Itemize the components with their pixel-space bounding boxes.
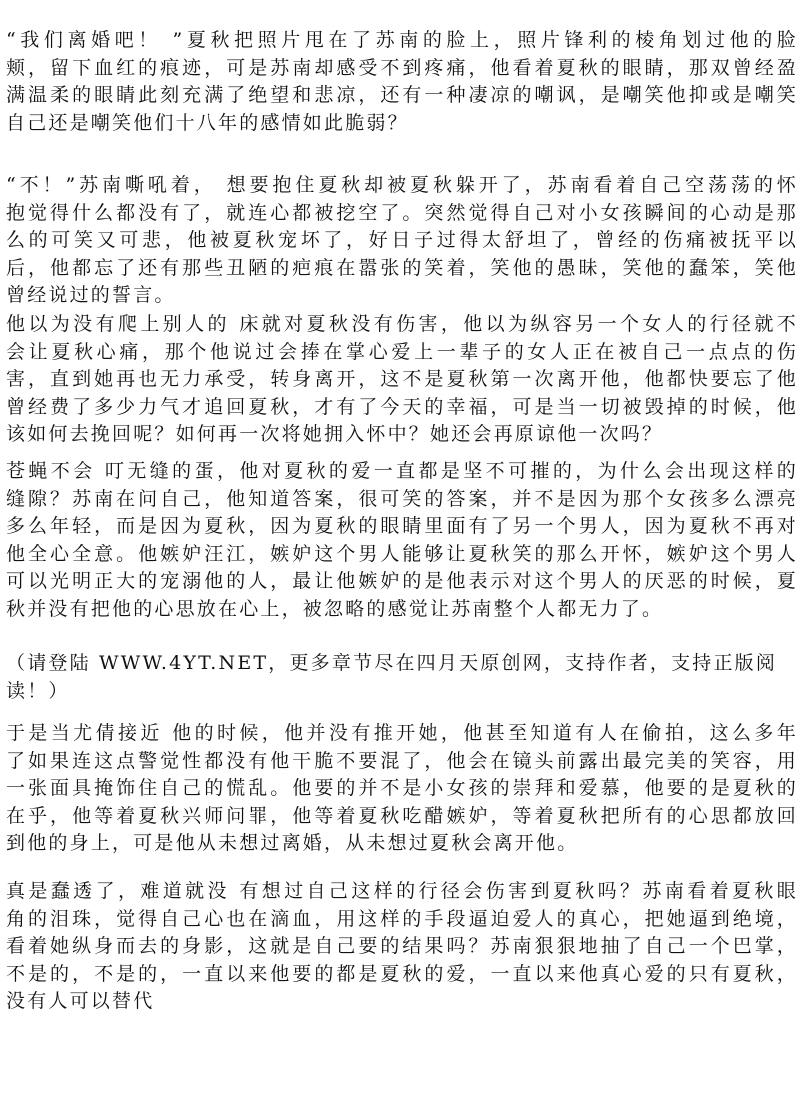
text-line: 满温柔的眼睛此刻充满了绝望和悲凉，还有一种凄凉的嘲讽，是嘲笑他抑或是嘲笑 (6, 82, 798, 110)
text-line: 一张面具掩饰住自己的慌乱。他要的并不是小女孩的崇拜和爱慕，他要的是夏秋的 (6, 775, 798, 803)
text-line: 了如果连这点警觉性都没有他干脆不要混了，他会在镜头前露出最完美的笑容，用 (6, 748, 798, 776)
text-line: 于是当尤倩接近 他的时候，他并没有推开她，他甚至知道有人在偷拍，这么多年 (6, 720, 798, 748)
text-line: 自己还是嘲笑他们十八年的感情如此脆弱？ (6, 110, 798, 138)
text-line: 在乎，他等着夏秋兴师问罪，他等着夏秋吃醋嫉妒，等着夏秋把所有的心思都放回 (6, 803, 798, 831)
paragraph-5-site-notice: （请登陆 WWW.4YT.NET，更多章节尽在四月天原创网，支持作者，支持正版阅… (6, 650, 706, 705)
text-line: 么的可笑又可悲，他被夏秋宠坏了，好日子过得太舒坦了，曾经的伤痛被抚平以 (6, 227, 798, 255)
paragraph-4: 苍蝇不会 叮无缝的蛋，他对夏秋的爱一直都是坚不可摧的，为什么会出现这样的 缝隙？… (6, 458, 798, 623)
text-line: 他全心全意。他嫉妒汪江，嫉妒这个男人能够让夏秋笑的那么开怀，嫉妒这个男人 (6, 541, 798, 569)
text-line: 后，他都忘了还有那些丑陋的疤痕在嚣张的笑着，笑他的愚昧，笑他的蠢笨，笑他 (6, 255, 798, 283)
paragraph-1: “我们离婚吧！ ”夏秋把照片甩在了苏南的脸上，照片锋利的棱角划过他的脸 颊，留下… (6, 27, 798, 137)
document-page: “我们离婚吧！ ”夏秋把照片甩在了苏南的脸上，照片锋利的棱角划过他的脸 颊，留下… (0, 0, 800, 1116)
text-line: 没有人可以替代 (6, 988, 798, 1016)
text-line: “我们离婚吧！ ”夏秋把照片甩在了苏南的脸上，照片锋利的棱角划过他的脸 (6, 27, 798, 55)
text-line: 苍蝇不会 叮无缝的蛋，他对夏秋的爱一直都是坚不可摧的，为什么会出现这样的 (6, 458, 798, 486)
text-line: 看着她纵身而去的身影，这就是自己要的结果吗？苏南狠狠地抽了自己一个巴掌， (6, 933, 798, 961)
text-line: 会让夏秋心痛，那个他说过会捧在掌心爱上一辈子的女人正在被自己一点点的伤 (6, 339, 798, 367)
paragraph-7: 真是蠢透了，难道就没 有想过自己这样的行径会伤害到夏秋吗？苏南看着夏秋眼 角的泪… (6, 878, 798, 1016)
text-line: 曾经费了多少力气才追回夏秋，才有了今天的幸福，可是当一切被毁掉的时候，他 (6, 394, 798, 422)
text-line: 抱觉得什么都没有了，就连心都被挖空了。突然觉得自己对小女孩瞬间的心动是那 (6, 200, 798, 228)
text-line: （请登陆 WWW.4YT.NET，更多章节尽在四月天原创网，支持作者，支持正版阅 (6, 650, 706, 678)
text-line: 到他的身上，可是他从未想过离婚，从未想过夏秋会离开他。 (6, 830, 798, 858)
text-line: 可以光明正大的宠溺他的人，最让他嫉妒的是他表示对这个男人的厌恶的时候，夏 (6, 568, 798, 596)
text-line: “不！”苏南嘶吼着， 想要抱住夏秋却被夏秋躲开了，苏南看着自己空荡荡的怀 (6, 172, 798, 200)
text-line: 曾经说过的誓言。 (6, 282, 798, 310)
text-line: 缝隙？苏南在问自己，他知道答案，很可笑的答案，并不是因为那个女孩多么漂亮 (6, 486, 798, 514)
text-line: 角的泪珠，觉得自己心也在滴血，用这样的手段逼迫爱人的真心，把她逼到绝境， (6, 906, 798, 934)
text-line: 不是的，不是的，一直以来他要的都是夏秋的爱，一直以来他真心爱的只有夏秋， (6, 961, 798, 989)
text-line: 多么年轻，而是因为夏秋，因为夏秋的眼睛里面有了另一个男人，因为夏秋不再对 (6, 513, 798, 541)
text-line: 真是蠢透了，难道就没 有想过自己这样的行径会伤害到夏秋吗？苏南看着夏秋眼 (6, 878, 798, 906)
text-line: 读！） (6, 678, 706, 706)
paragraph-3: 他以为没有爬上别人的 床就对夏秋没有伤害，他以为纵容另一个女人的行径就不 会让夏… (6, 311, 798, 449)
text-line: 秋并没有把他的心思放在心上，被忽略的感觉让苏南整个人都无力了。 (6, 596, 798, 624)
text-line: 该如何去挽回呢？如何再一次将她拥入怀中？她还会再原谅他一次吗？ (6, 421, 798, 449)
text-line: 颊，留下血红的痕迹，可是苏南却感受不到疼痛，他看着夏秋的眼睛，那双曾经盈 (6, 55, 798, 83)
text-line: 害，直到她再也无力承受，转身离开，这不是夏秋第一次离开他，他都快要忘了他 (6, 366, 798, 394)
text-line: 他以为没有爬上别人的 床就对夏秋没有伤害，他以为纵容另一个女人的行径就不 (6, 311, 798, 339)
paragraph-2: “不！”苏南嘶吼着， 想要抱住夏秋却被夏秋躲开了，苏南看着自己空荡荡的怀 抱觉得… (6, 172, 798, 310)
paragraph-6: 于是当尤倩接近 他的时候，他并没有推开她，他甚至知道有人在偷拍，这么多年 了如果… (6, 720, 798, 858)
